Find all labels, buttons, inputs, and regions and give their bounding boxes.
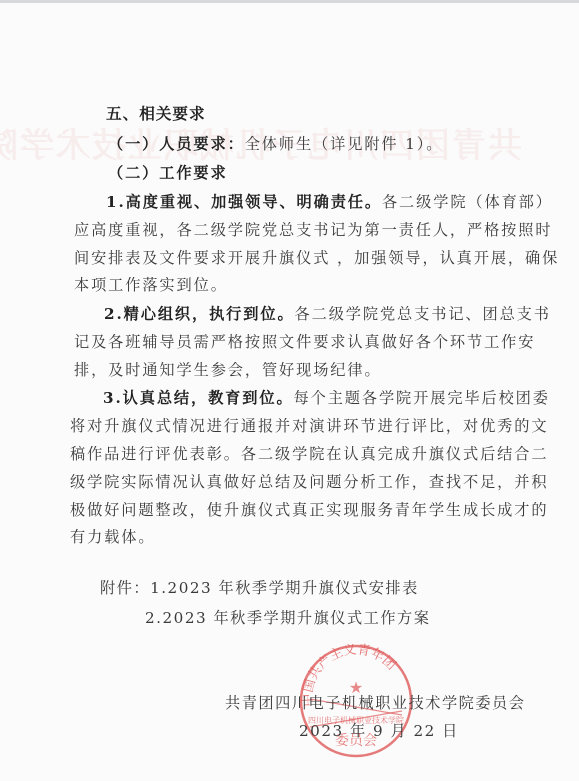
item1-line3: 间安排表及文件要求开展升旗仪式 ，加强领导，认真开展，确保 [74,248,559,268]
signature-date: 2023 年 9 月 22 日 [299,721,459,741]
item3-line6: 有力载体。 [70,527,155,547]
document-page: 共青团四川电子机械职业技术学院委员会 五、相关要求 （一）人员要求：全体师生（详… [0,0,579,781]
item2-line3: 排，及时通知学生参会，管好现场纪律。 [74,360,382,380]
section-heading: 五、相关要求 [106,104,206,124]
item1-line1: 1.高度重视、加强领导、明确责任。各二级学院（体育部） [106,192,553,212]
item1-line2: 应高度重视，各二级学院党总支书记为第一责任人，严格按照时 [74,220,552,240]
work-requirement-heading: （二）工作要求 [108,163,228,183]
signature-organization: 共青团四川电子机械职业技术学院委员会 [225,693,525,713]
personnel-label: （一）人员要求： [108,135,245,153]
attachments-label: 附件： [100,579,150,597]
item2-line1: 2.精心组织，执行到位。各二级学院党总支书记、团总支书 [104,304,551,324]
item1-line4: 本项工作落实到位。 [74,275,228,295]
item2-lead: 2.精心组织，执行到位。 [104,305,295,323]
attachment-1: 附件：1.2023 年秋季学期升旗仪式安排表 [100,578,419,598]
item3-line2: 将对升旗仪式情况进行通报并对演讲环节进行评比，对优秀的文 [70,416,548,436]
attachment-2: 2.2023 年秋季学期升旗仪式工作方案 [145,608,430,628]
item3-line1: 3.认真总结，教育到位。每个主题各学院开展完毕后校团委 [103,388,550,408]
item2-line2: 记及各班辅导员需严格按照文件要求认真做好各个环节工作安 [74,332,535,352]
personnel-requirement: （一）人员要求：全体师生（详见附件 1）。 [108,134,443,154]
item3-line3: 稿作品进行评优表彰。各二级学院在认真完成升旗仪式后结合二 [70,444,548,464]
item1-lead: 1.高度重视、加强领导、明确责任。 [106,193,382,211]
personnel-text: 全体师生（详见附件 1）。 [245,135,444,153]
item3-lead: 3.认真总结，教育到位。 [103,389,294,407]
item3-line4: 级学院实际情况认真做好总结及问题分析工作，查找不足，并积 [70,472,548,492]
item3-line5: 极做好问题整改，使升旗仪式真正实现服务青年学生成长成才的 [70,500,548,520]
